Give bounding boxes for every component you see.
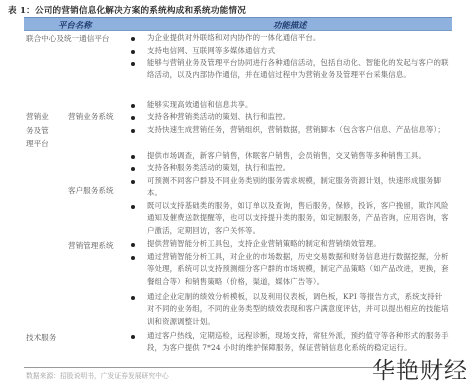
bullet-icon <box>131 205 135 209</box>
description-item: 通过营销智能分析工具，对企业的市场数据，历史交易数据和财务信息进行数据挖掘，分析… <box>147 251 449 288</box>
platform-name-line: 务及管 <box>26 124 49 138</box>
description-item: 通过企业定制的绩效分析模板，以及利用仪表板，调色板，KPI 等报告方式，系统支持… <box>147 291 449 328</box>
platform-name-line: 理平台 <box>26 137 49 151</box>
table-title: 表 1：公司的营销信息化解决方案的系统构成和系统功能情况 <box>8 4 468 17</box>
description-item: 既可以支持基础类的服务，如订单以及查询，售后服务，保修，投诉，客户挽留，欺诈风险… <box>147 200 449 237</box>
subsystem-marketing-business: 营销业务系统 <box>68 110 114 124</box>
platform-name-tech-service: 技术服务 <box>26 331 56 345</box>
description-item: 提供市场调查，新客户销售，休眠客户销售，会员销售，交叉销售等多种销售工具。 <box>147 150 449 162</box>
subsystem-marketing-management: 营销管理系统 <box>68 239 114 253</box>
bullet-icon <box>131 167 135 171</box>
description-item: 支持各种营销类活动的策划、执行和监控。 <box>147 111 449 123</box>
subsystem-customer-service: 客户服务系统 <box>68 184 114 198</box>
table-header: 平台名称 功能描述 <box>24 17 452 31</box>
bullet-icon <box>131 243 135 247</box>
source-note: 数据来源：招股说明书，广发证券发展研究中心 <box>26 370 169 380</box>
description-item: 支持各种服务类活动的策划，执行和监控。 <box>147 162 449 174</box>
description-item: 可预测不同客户群及不同业务类别的服务需求规模，制定服务资源计划，快速形成服务脚本… <box>147 175 449 200</box>
bullet-icon <box>131 104 135 108</box>
description-item: 能够与营销业务及管理平台协同进行各种通信活动，包括自动化、智能化的发起与客户的联… <box>147 57 449 82</box>
bullet-icon <box>131 155 135 159</box>
platform-name-marketing: 营销业 务及管 理平台 <box>26 110 49 151</box>
bullet-icon <box>131 296 135 300</box>
bullet-icon <box>131 116 135 120</box>
bullet-icon <box>131 129 135 133</box>
description-item: 能够实现高效通信和信息共享。 <box>147 99 449 111</box>
bullet-icon <box>131 62 135 66</box>
description-item: 支持电信网、互联网等多媒体通信方式 <box>147 45 449 57</box>
watermark: 华艳财经 <box>372 352 468 385</box>
platform-name-unified-comm: 联合中心及统一通信平台 <box>26 32 110 46</box>
description-item: 为企业提供对外联络和对内协作的一体化通信平台。 <box>147 32 449 44</box>
header-function-description: 功能描述 <box>273 19 307 31</box>
bullet-icon <box>131 335 135 339</box>
bullet-icon <box>131 256 135 260</box>
bullet-icon <box>131 37 135 41</box>
platform-name-line: 营销业 <box>26 110 49 124</box>
description-item: 支持快速生成营销任务，营销组织，营销数据，营销脚本（包含客户信息、产品信息等）； <box>147 124 449 136</box>
bullet-icon <box>131 180 135 184</box>
header-platform-name: 平台名称 <box>58 19 92 31</box>
bullet-icon <box>131 50 135 54</box>
description-item: 提供营销智能分析工具包，支持企业营销策略的制定和营销绩效管理。 <box>147 238 449 250</box>
